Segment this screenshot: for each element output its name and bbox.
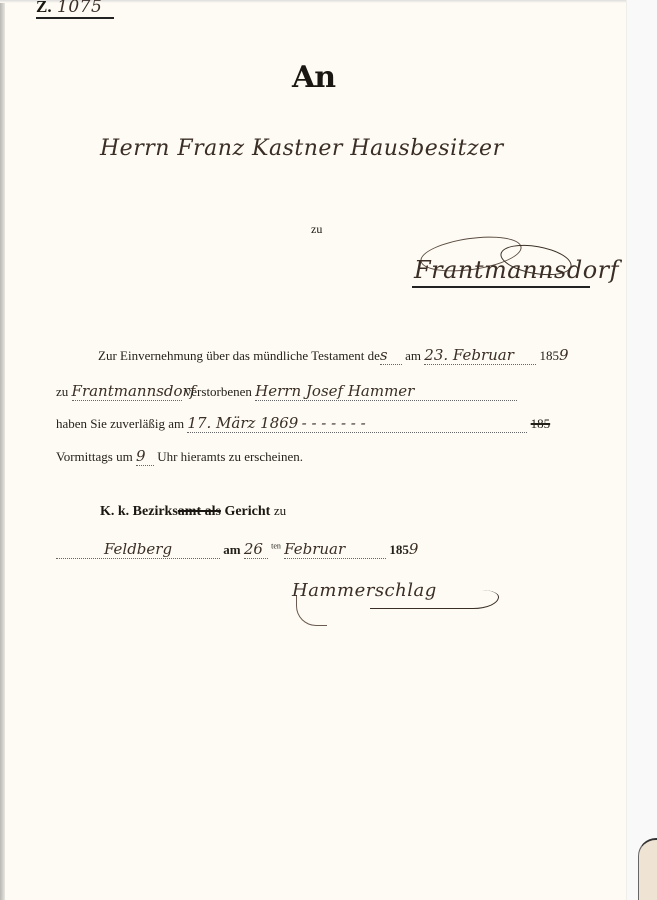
page-right-strip — [626, 0, 657, 900]
body-line-1: Zur Einvernehmung über das mündliche Tes… — [98, 346, 569, 365]
line3-year-struck: 185 — [531, 416, 551, 431]
dateline-am: am — [223, 542, 240, 557]
doc-number-handwritten: 1075 — [57, 0, 102, 17]
court-prefix: K. k. Bezirks — [100, 504, 178, 519]
line1-fill-suffix: s — [380, 346, 388, 364]
line2-label: verstorbenen — [185, 384, 252, 399]
court-heading: K. k. Bezirksamt als Gericht zu — [100, 503, 286, 520]
line1-year-printed: 185 — [540, 348, 560, 363]
body-line-4: Vormittags um 9 Uhr hieramts zu erschein… — [56, 447, 303, 466]
body-line-2: zu Frantmannsdorf verstorbenen Herrn Jos… — [56, 382, 517, 401]
signature: Hammerschlag — [292, 580, 437, 601]
line4-label-b: Uhr hieramts zu erscheinen. — [157, 449, 303, 464]
line4-fill-hour: 9 — [136, 447, 146, 465]
line1-am: am — [405, 348, 421, 363]
recipient-place-handwritten: Frantmannsdorf — [414, 256, 619, 284]
place-underline — [412, 286, 590, 288]
zu-label: zu — [311, 222, 322, 237]
dateline-year-printed: 185 — [389, 542, 409, 557]
line3-text: haben Sie zuverläßig am — [56, 416, 184, 431]
doc-number-underline — [36, 17, 114, 19]
doc-number-prefix: Z. — [36, 0, 52, 16]
dateline-fill-day: 26 — [244, 540, 263, 558]
dateline-fill-month: Februar — [284, 540, 345, 558]
line2-fill-name: Herrn Josef Hammer — [255, 382, 414, 400]
court-suffix: Gericht — [224, 504, 270, 519]
dateline-fill-place: Feldberg — [104, 540, 172, 558]
line1-fill-date: 23. Februar — [424, 346, 514, 364]
line3-fill-date: 17. März 1869 — [187, 414, 298, 432]
body-line-3: haben Sie zuverläßig am 17. März 1869 - … — [56, 414, 550, 433]
court-struck: amt als — [178, 504, 221, 519]
line3-dashes: - - - - - - - — [302, 414, 366, 432]
dateline: Feldberg am 26 ten Februar 1859 — [56, 540, 418, 559]
dateline-year-fill: 9 — [409, 540, 419, 558]
dateline-ten: ten — [271, 542, 281, 551]
page-corner-curl — [638, 838, 657, 900]
court-zu: zu — [274, 503, 286, 518]
address-title: An — [292, 60, 335, 95]
line1-year-fill: 9 — [559, 346, 569, 364]
line2-fill-place: Frantmannsdorf — [72, 382, 196, 400]
line4-label-a: Vormittags um — [56, 449, 133, 464]
line2-zu: zu — [56, 384, 68, 399]
document-number: Z. 1075 — [36, 0, 102, 17]
line1-text: Zur Einvernehmung über das mündliche Tes… — [98, 348, 380, 363]
recipient-handwritten: Herrn Franz Kastner Hausbesitzer — [100, 136, 504, 161]
page-left-edge — [0, 0, 5, 900]
